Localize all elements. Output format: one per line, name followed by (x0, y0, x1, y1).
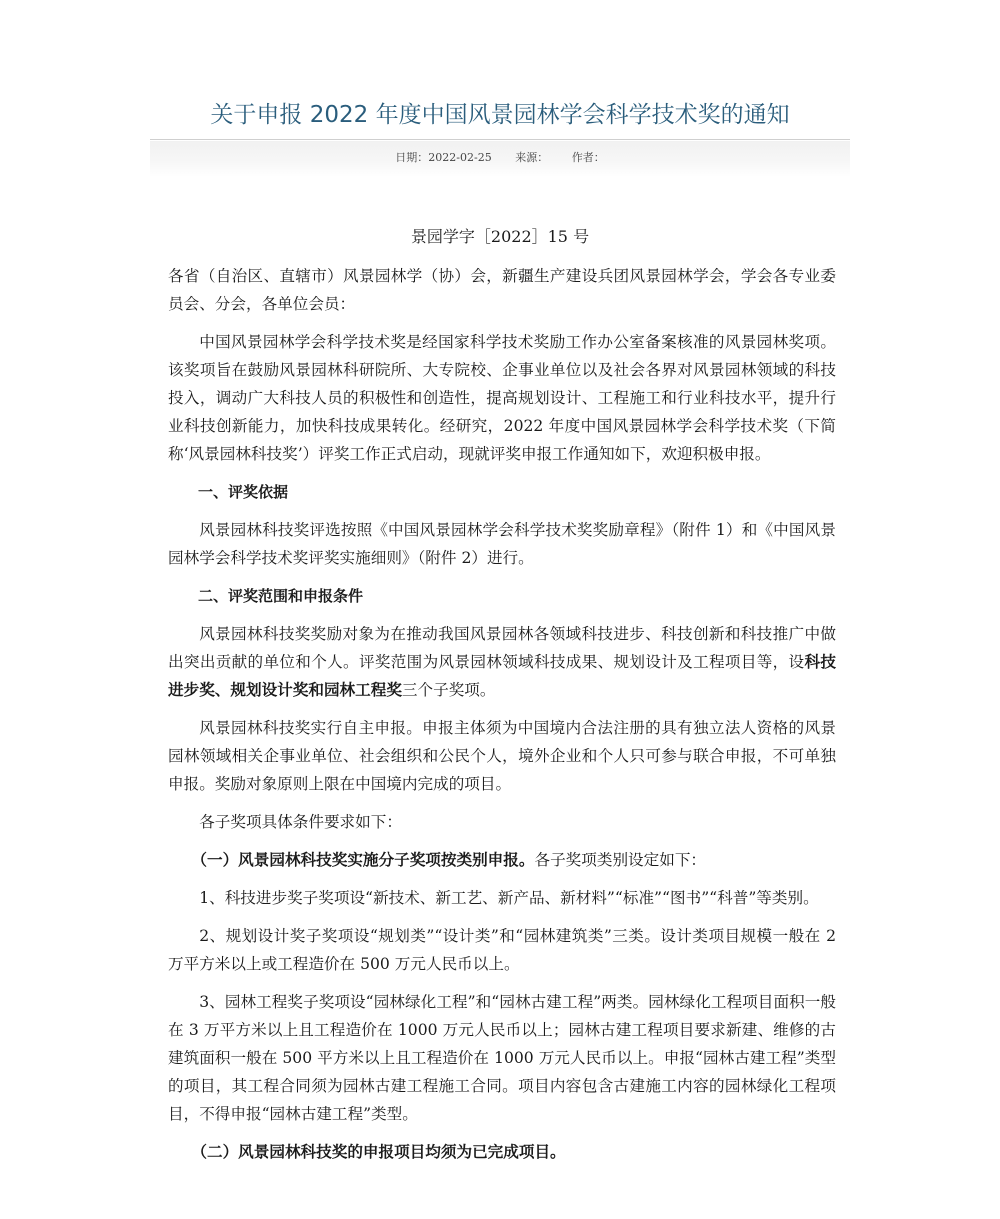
publish-date: 日期：2022-02-25 (395, 151, 491, 164)
subsection-1-rest: 各子奖项类别设定如下： (534, 851, 706, 869)
subsection-2-bold: （二）风景园林科技奖的申报项目均须为已完成项目。 (191, 1143, 565, 1161)
page-title: 关于申报 2022 年度中国风景园林学会科学技术奖的通知 (0, 96, 1000, 129)
document-number: 景园学字［2022］15 号 (0, 224, 1000, 247)
scope-p1-post: 三个子奖项。 (402, 681, 496, 699)
list-item-3: 3、园林工程奖子奖项设“园林绿化工程”和“园林古建工程”两类。园林绿化工程项目面… (168, 988, 836, 1128)
list-item-1: 1、科技进步奖子奖项设“新技术、新工艺、新产品、新材料”“标准”“图书”“科普”… (168, 884, 836, 912)
scope-paragraph-2: 风景园林科技奖实行自主申报。申报主体须为中国境内合法注册的具有独立法人资格的风景… (168, 714, 836, 798)
author-label: 作者： (572, 151, 605, 164)
document-body: 各省（自治区、直辖市）风景园林学（协）会，新疆生产建设兵团风景园林学会，学会各专… (168, 262, 836, 1176)
subsection-1: （一）风景园林科技奖实施分子奖项按类别申报。各子奖项类别设定如下： (168, 846, 836, 874)
intro-paragraph: 中国风景园林学会科学技术奖是经国家科学技术奖励工作办公室备案核准的风景园林奖项。… (168, 328, 836, 468)
scope-paragraph-1: 风景园林科技奖奖励对象为在推动我国风景园林各领域科技进步、科技创新和科技推广中做… (168, 620, 836, 704)
salutation: 各省（自治区、直辖市）风景园林学（协）会，新疆生产建设兵团风景园林学会，学会各专… (168, 262, 836, 318)
section-heading-scope: 二、评奖范围和申报条件 (168, 582, 836, 610)
source-label: 来源： (515, 151, 548, 164)
scope-paragraph-3: 各子奖项具体条件要求如下： (168, 808, 836, 836)
subsection-2: （二）风景园林科技奖的申报项目均须为已完成项目。 (168, 1138, 836, 1166)
section-heading-basis: 一、评奖依据 (168, 478, 836, 506)
section-basis-text: 风景园林科技奖评选按照《中国风景园林学会科学技术奖奖励章程》（附件 1）和《中国… (168, 516, 836, 572)
subsection-1-bold: （一）风景园林科技奖实施分子奖项按类别申报。 (191, 851, 534, 869)
list-item-2: 2、规划设计奖子奖项设“规划类”“设计类”和“园林建筑类”三类。设计类项目规模一… (168, 922, 836, 978)
meta-bar: 日期：2022-02-25 来源： 作者： (150, 141, 850, 177)
scope-p1-pre: 风景园林科技奖奖励对象为在推动我国风景园林各领域科技进步、科技创新和科技推广中做… (168, 625, 836, 671)
title-divider (150, 139, 850, 140)
